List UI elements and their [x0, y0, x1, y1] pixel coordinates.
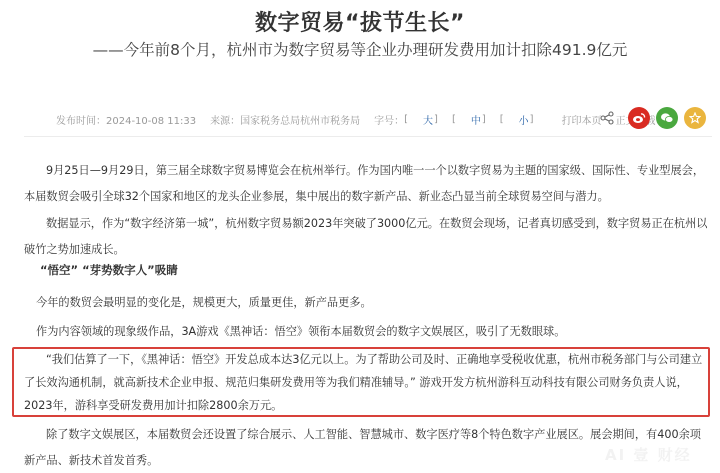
paragraph-1: 9月25日—9月29日，第三届全球数字贸易博览会在杭州举行。作为国内唯一一个以数…: [24, 158, 710, 210]
font-size-label: 字号：: [374, 112, 404, 127]
print-page-link[interactable]: 打印本页: [562, 112, 602, 127]
paragraph-5-highlighted: “我们估算了一下，《黑神话：悟空》开发总成本达3亿元以上。为了帮助公司及时、正确…: [24, 348, 704, 417]
meta-divider: [24, 136, 712, 137]
favorite-button[interactable]: [684, 107, 706, 129]
wechat-icon: [660, 112, 674, 124]
paragraph-3: 今年的数贸会最明显的变化是，规模更大，质量更佳，新产品更多。: [36, 290, 710, 316]
wechat-share-button[interactable]: [656, 107, 678, 129]
weibo-icon: [632, 112, 646, 124]
section-heading: “悟空” “芽势数字人”吸睛: [40, 262, 178, 278]
favorite-star-icon: [689, 112, 701, 124]
weibo-share-button[interactable]: [628, 107, 650, 129]
font-size-medium-button[interactable]: 中: [471, 112, 481, 127]
publish-time: 发布时间：2024-10-08 11:33: [56, 112, 196, 127]
watermark: AI 壹 财经: [605, 444, 692, 465]
article-title: 数字贸易“拔节生长”: [0, 6, 720, 37]
font-size-large-button[interactable]: 大: [423, 112, 433, 127]
article-source: 来源：国家税务总局杭州市税务局: [210, 112, 360, 127]
paragraph-4: 作为内容领域的现象级作品，3A游戏《黑神话：悟空》领衔本届数贸会的数字文娱展区，…: [36, 319, 710, 345]
share-icon[interactable]: [600, 111, 614, 125]
share-bar: [600, 107, 706, 129]
font-size-small-button[interactable]: 小: [519, 112, 529, 127]
article-meta-bar: 发布时间：2024-10-08 11:33 来源：国家税务总局杭州市税务局 字号…: [56, 112, 656, 127]
paragraph-2: 数据显示，作为“数字经济第一城”，杭州数字贸易额2023年突破了3000亿元。在…: [24, 211, 710, 263]
article-subtitle: ——今年前8个月，杭州市为数字贸易等企业办理研发费用加计扣除491.9亿元: [0, 38, 720, 60]
